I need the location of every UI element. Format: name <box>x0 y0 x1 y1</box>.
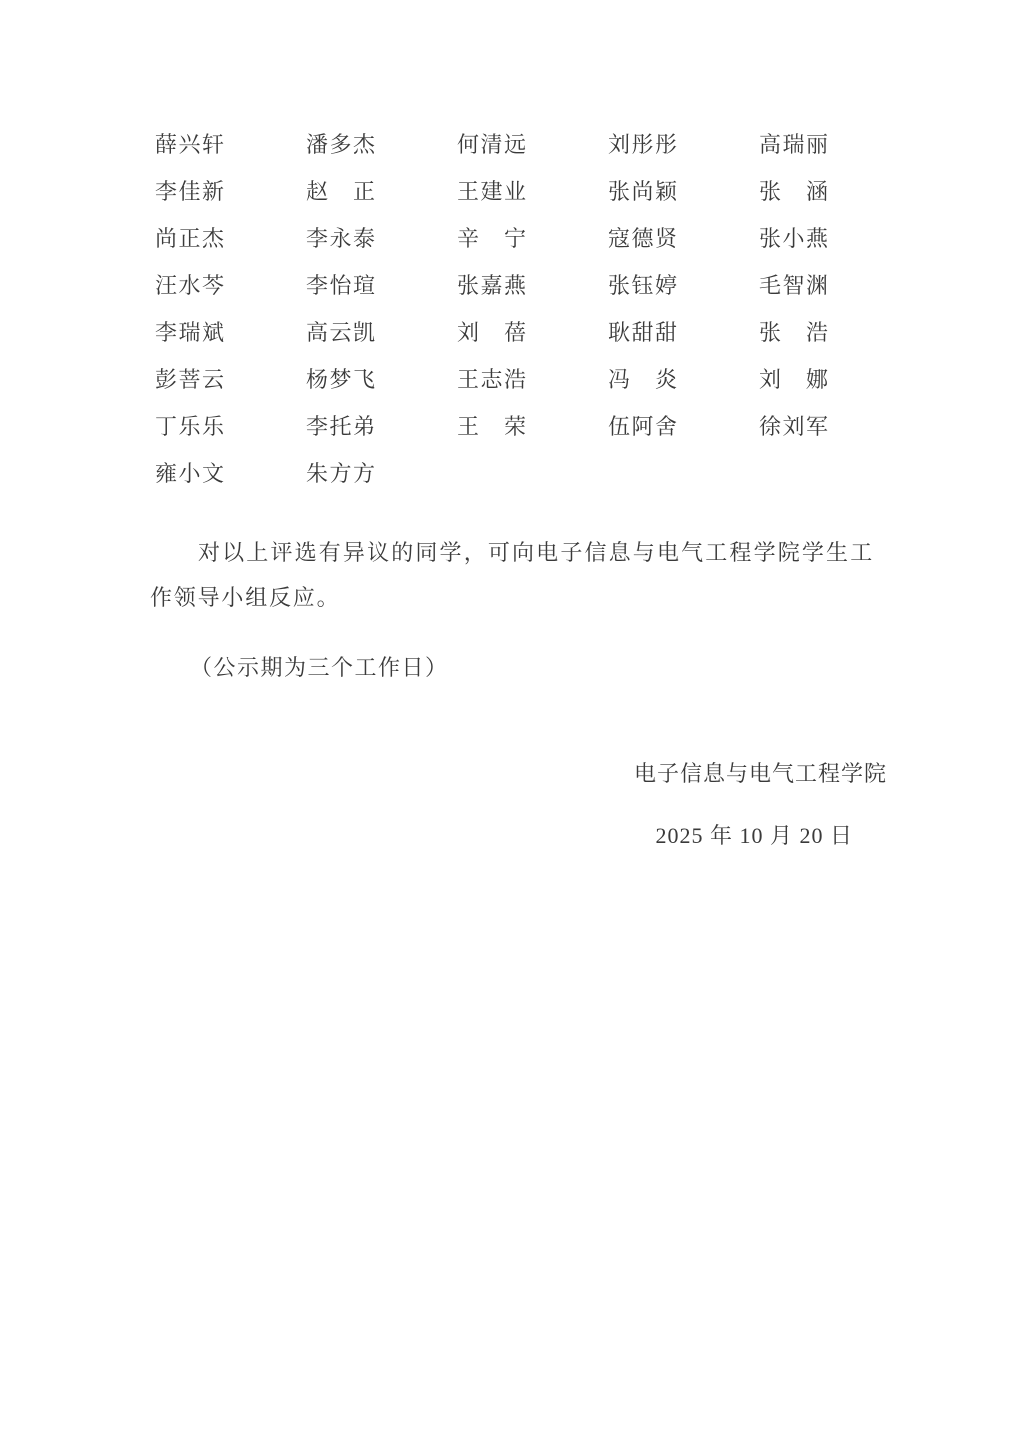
student-name: 李永泰 <box>306 222 457 253</box>
objection-notice-paragraph: 对以上评选有异议的同学，可向电子信息与电气工程学院学生工作领导小组反应。 <box>150 530 874 620</box>
student-name: 雍小文 <box>155 457 306 488</box>
student-name: 张钰婷 <box>608 269 759 300</box>
document-page: 薛兴轩潘多杰何清远刘彤彤高瑞丽李佳新赵 正王建业张尚颖张 涵尚正杰李永泰辛 宁寇… <box>0 0 1024 1448</box>
student-name: 耿甜甜 <box>608 316 759 347</box>
student-name: 张 浩 <box>759 316 910 347</box>
student-name: 朱方方 <box>306 457 457 488</box>
student-name: 李佳新 <box>155 175 306 206</box>
name-row: 彭菩云杨梦飞王志浩冯 炎刘 娜 <box>155 355 910 402</box>
student-name: 张 涵 <box>759 175 910 206</box>
name-row: 尚正杰李永泰辛 宁寇德贤张小燕 <box>155 214 910 261</box>
student-name: 李怡瑄 <box>306 269 457 300</box>
student-name: 潘多杰 <box>306 128 457 159</box>
student-name: 毛智渊 <box>759 269 910 300</box>
student-name: 彭菩云 <box>155 363 306 394</box>
student-name: 李托弟 <box>306 410 457 441</box>
student-name: 张嘉燕 <box>457 269 608 300</box>
student-name: 李瑞斌 <box>155 316 306 347</box>
name-row: 雍小文朱方方 <box>155 449 910 496</box>
student-name: 刘 娜 <box>759 363 910 394</box>
name-row: 薛兴轩潘多杰何清远刘彤彤高瑞丽 <box>155 120 910 167</box>
student-name: 尚正杰 <box>155 222 306 253</box>
student-name: 杨梦飞 <box>306 363 457 394</box>
student-name: 王建业 <box>457 175 608 206</box>
student-name: 刘彤彤 <box>608 128 759 159</box>
student-name: 张尚颖 <box>608 175 759 206</box>
student-name: 伍阿舍 <box>608 410 759 441</box>
student-name: 寇德贤 <box>608 222 759 253</box>
name-grid: 薛兴轩潘多杰何清远刘彤彤高瑞丽李佳新赵 正王建业张尚颖张 涵尚正杰李永泰辛 宁寇… <box>155 120 910 496</box>
name-row: 汪水芩李怡瑄张嘉燕张钰婷毛智渊 <box>155 261 910 308</box>
name-row: 李瑞斌高云凯刘 蓓耿甜甜张 浩 <box>155 308 910 355</box>
student-name: 王 荣 <box>457 410 608 441</box>
student-name: 辛 宁 <box>457 222 608 253</box>
student-name: 张小燕 <box>759 222 910 253</box>
publicity-period-line: （公示期为三个工作日） <box>150 645 874 690</box>
student-name: 王志浩 <box>457 363 608 394</box>
signature-organization: 电子信息与电气工程学院 <box>634 751 887 796</box>
student-name: 冯 炎 <box>608 363 759 394</box>
student-name: 高瑞丽 <box>759 128 910 159</box>
student-name: 薛兴轩 <box>155 128 306 159</box>
student-name: 汪水芩 <box>155 269 306 300</box>
student-name: 徐刘军 <box>759 410 910 441</box>
student-name: 何清远 <box>457 128 608 159</box>
student-name: 赵 正 <box>306 175 457 206</box>
student-name: 丁乐乐 <box>155 410 306 441</box>
student-name: 高云凯 <box>306 316 457 347</box>
name-row: 丁乐乐李托弟王 荣伍阿舍徐刘军 <box>155 402 910 449</box>
name-row: 李佳新赵 正王建业张尚颖张 涵 <box>155 167 910 214</box>
student-name: 刘 蓓 <box>457 316 608 347</box>
signature-date: 2025 年 10 月 20 日 <box>655 813 853 858</box>
